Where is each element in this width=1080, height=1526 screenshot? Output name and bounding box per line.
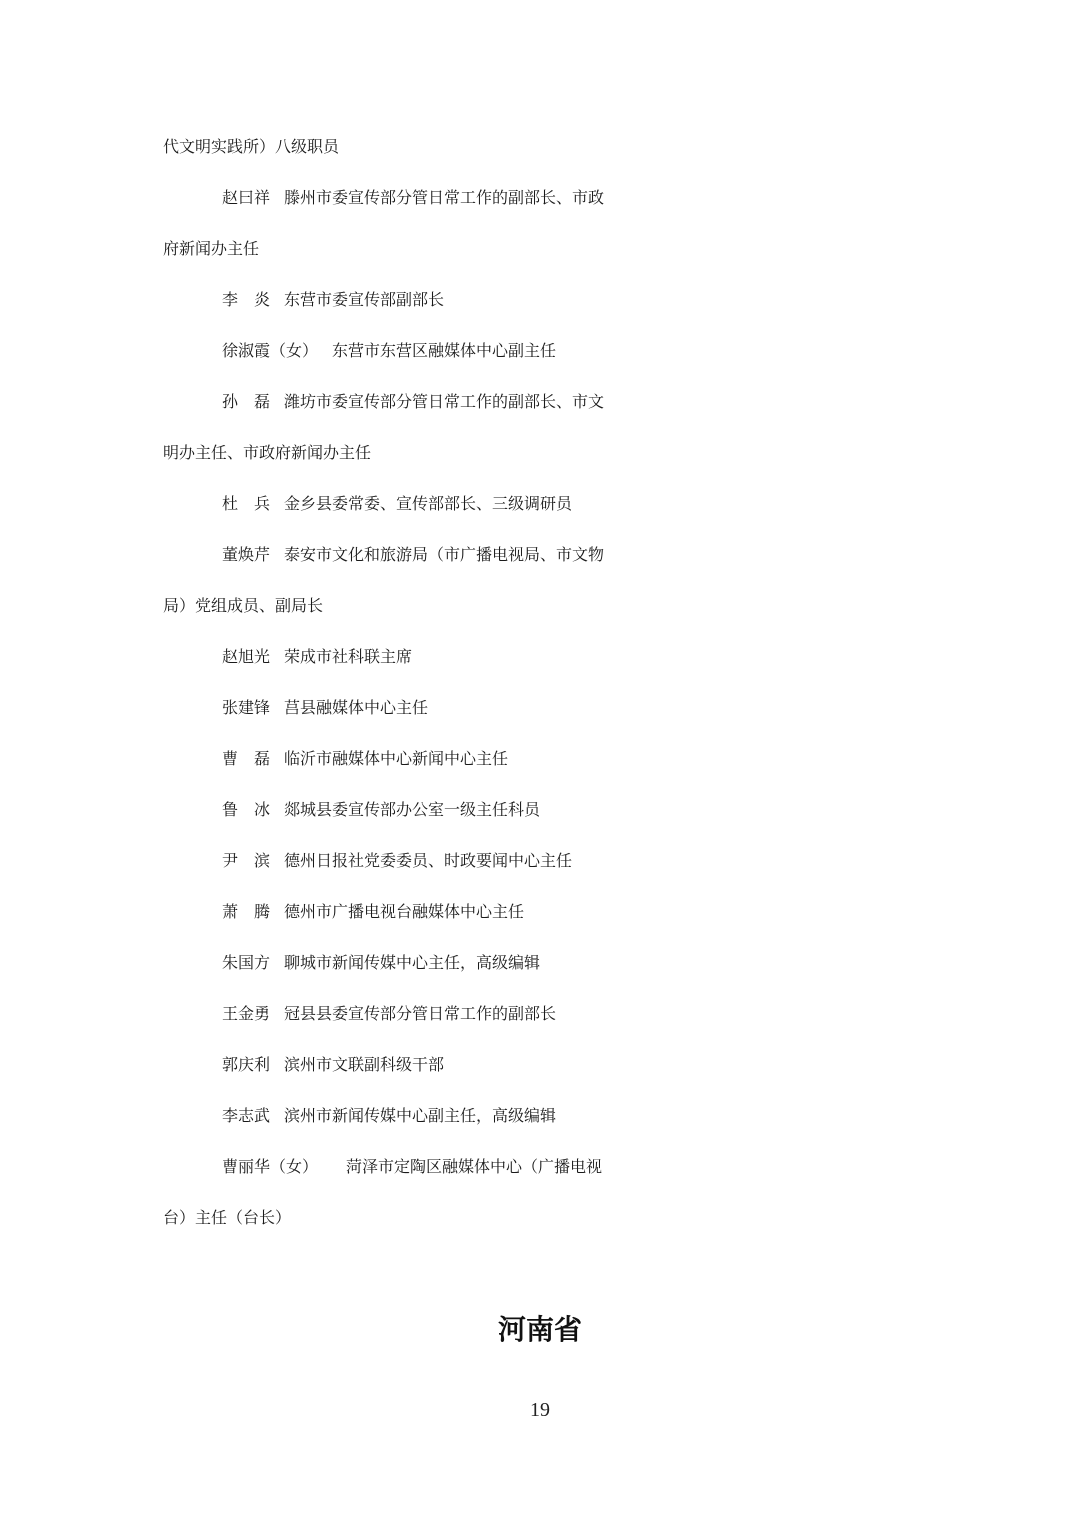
list-item: 鲁 冰郯城县委宣传部办公室一级主任科员	[163, 797, 919, 848]
person-title: 莒县融媒体中心主任	[284, 698, 428, 717]
list-item: 曹 磊临沂市融媒体中心新闻中心主任	[163, 746, 919, 797]
person-title: 德州日报社党委委员、时政要闻中心主任	[284, 851, 572, 870]
continuation-text: 代文明实践所）八级职员	[163, 137, 339, 156]
continuation-text: 明办主任、市政府新闻办主任	[163, 443, 371, 462]
person-name: 尹 滨	[222, 848, 270, 871]
list-item: 张建锋莒县融媒体中心主任	[163, 695, 919, 746]
page-number: 19	[0, 1396, 1080, 1424]
person-title: 金乡县委常委、宣传部部长、三级调研员	[284, 494, 572, 513]
person-title: 菏泽市定陶区融媒体中心（广播电视	[346, 1157, 602, 1176]
list-item: 董焕芹泰安市文化和旅游局（市广播电视局、市文物	[163, 542, 919, 593]
person-title: 荣成市社科联主席	[284, 647, 412, 666]
person-name: 李志武	[222, 1103, 270, 1126]
person-title: 郯城县委宣传部办公室一级主任科员	[284, 800, 540, 819]
person-name: 萧 腾	[222, 899, 270, 922]
list-item: 尹 滨德州日报社党委委员、时政要闻中心主任	[163, 848, 919, 899]
list-item: 朱国方聊城市新闻传媒中心主任，高级编辑	[163, 950, 919, 1001]
list-item: 赵旭光荣成市社科联主席	[163, 644, 919, 695]
person-name: 张建锋	[222, 695, 270, 718]
continuation-text: 局）党组成员、副局长	[163, 596, 323, 615]
continuation-text: 府新闻办主任	[163, 239, 259, 258]
continuation-text: 台）主任（台长）	[163, 1208, 291, 1227]
text-line: 明办主任、市政府新闻办主任	[163, 440, 919, 491]
list-item: 王金勇冠县县委宣传部分管日常工作的副部长	[163, 1001, 919, 1052]
person-title: 临沂市融媒体中心新闻中心主任	[284, 749, 508, 768]
list-item: 李志武滨州市新闻传媒中心副主任，高级编辑	[163, 1103, 919, 1154]
list-item: 孙 磊潍坊市委宣传部分管日常工作的副部长、市文	[163, 389, 919, 440]
list-item: 曹丽华（女）菏泽市定陶区融媒体中心（广播电视	[163, 1154, 919, 1205]
person-title: 冠县县委宣传部分管日常工作的副部长	[284, 1004, 556, 1023]
list-item: 李 炎东营市委宣传部副部长	[163, 287, 919, 338]
list-item: 萧 腾德州市广播电视台融媒体中心主任	[163, 899, 919, 950]
person-title: 滨州市新闻传媒中心副主任，高级编辑	[284, 1106, 556, 1125]
person-title: 东营市东营区融媒体中心副主任	[332, 341, 556, 360]
person-title: 德州市广播电视台融媒体中心主任	[284, 902, 524, 921]
person-name: 鲁 冰	[222, 797, 270, 820]
person-name: 董焕芹	[222, 542, 270, 565]
person-title: 滨州市文联副科级干部	[284, 1055, 444, 1074]
text-line: 台）主任（台长）	[163, 1205, 919, 1256]
person-name: 王金勇	[222, 1001, 270, 1024]
person-name: 赵曰祥	[222, 185, 270, 208]
person-title: 泰安市文化和旅游局（市广播电视局、市文物	[284, 545, 604, 564]
text-line: 局）党组成员、副局长	[163, 593, 919, 644]
list-item: 徐淑霞（女）东营市东营区融媒体中心副主任	[163, 338, 919, 389]
person-name: 徐淑霞（女）	[222, 338, 318, 361]
person-name: 朱国方	[222, 950, 270, 973]
person-title: 滕州市委宣传部分管日常工作的副部长、市政	[284, 188, 604, 207]
section-heading: 河南省	[0, 1310, 1080, 1350]
document-page: 代文明实践所）八级职员 赵曰祥滕州市委宣传部分管日常工作的副部长、市政 府新闻办…	[0, 0, 1080, 1526]
text-line: 府新闻办主任	[163, 236, 919, 287]
name-list: 代文明实践所）八级职员 赵曰祥滕州市委宣传部分管日常工作的副部长、市政 府新闻办…	[163, 134, 919, 1256]
person-name: 赵旭光	[222, 644, 270, 667]
list-item: 杜 兵金乡县委常委、宣传部部长、三级调研员	[163, 491, 919, 542]
person-name: 曹丽华（女）	[222, 1154, 318, 1177]
person-name: 杜 兵	[222, 491, 270, 514]
person-name: 曹 磊	[222, 746, 270, 769]
person-title: 东营市委宣传部副部长	[284, 290, 444, 309]
text-line: 代文明实践所）八级职员	[163, 134, 919, 185]
person-name: 孙 磊	[222, 389, 270, 412]
list-item: 郭庆利滨州市文联副科级干部	[163, 1052, 919, 1103]
person-title: 聊城市新闻传媒中心主任，高级编辑	[284, 953, 540, 972]
person-name: 李 炎	[222, 287, 270, 310]
person-title: 潍坊市委宣传部分管日常工作的副部长、市文	[284, 392, 604, 411]
list-item: 赵曰祥滕州市委宣传部分管日常工作的副部长、市政	[163, 185, 919, 236]
person-name: 郭庆利	[222, 1052, 270, 1075]
